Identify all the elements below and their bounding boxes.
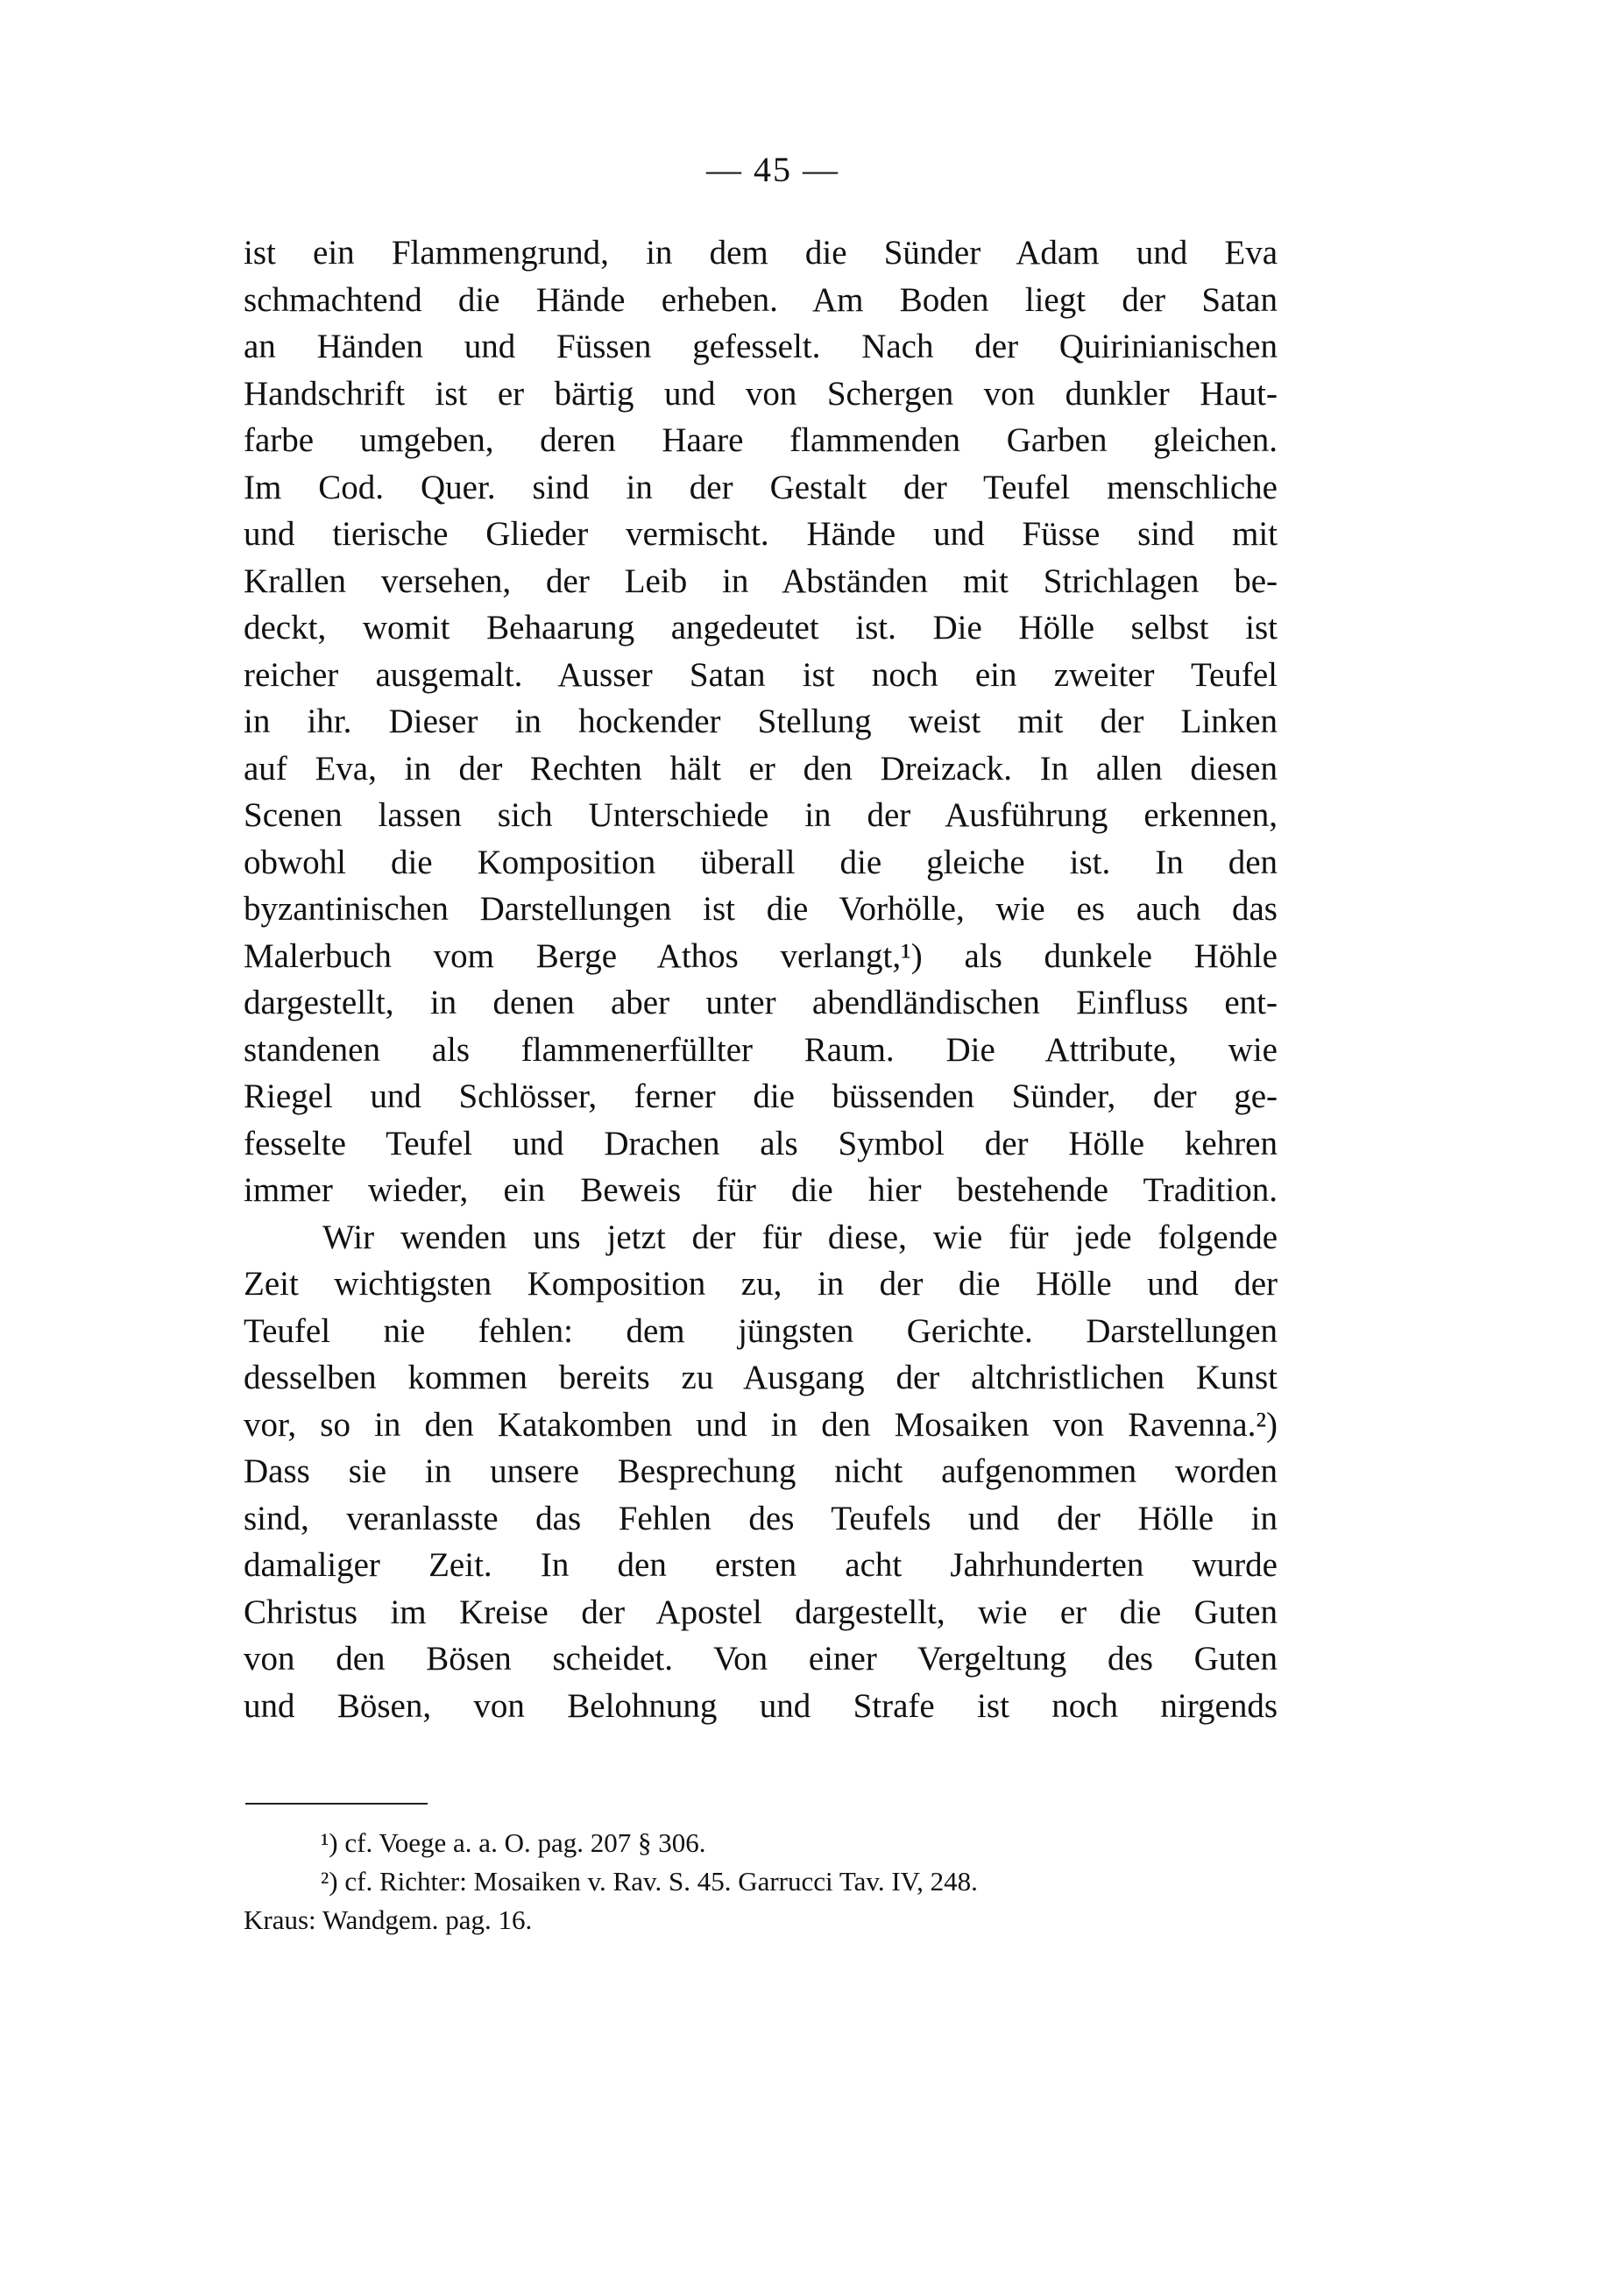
page-number: — 45 — — [0, 149, 1607, 190]
text-line: deckt, womit Behaarung angedeutet ist. D… — [244, 604, 1278, 652]
text-line: vor, so in den Katakomben und in den Mos… — [244, 1402, 1278, 1449]
paragraph-start-line: Wir wenden uns jetzt der für diese, wie … — [244, 1214, 1278, 1261]
text-line: Handschrift ist er bärtig und von Scherg… — [244, 371, 1278, 418]
text-line: sind, veranlasste das Fehlen des Teufels… — [244, 1495, 1278, 1543]
text-line: von den Bösen scheidet. Von einer Vergel… — [244, 1635, 1278, 1683]
footnote-1: ¹) cf. Voege a. a. O. pag. 207 § 306. — [244, 1824, 1286, 1862]
text-line: farbe umgeben, deren Haare flammenden Ga… — [244, 417, 1278, 464]
text-line: und tierische Glieder vermischt. Hände u… — [244, 511, 1278, 558]
footnote-2: ²) cf. Richter: Mosaiken v. Rav. S. 45. … — [244, 1862, 1286, 1901]
text-line: fesselte Teufel und Drachen als Symbol d… — [244, 1120, 1278, 1168]
footnote-divider — [245, 1803, 428, 1805]
text-line: standenen als flammenerfüllter Raum. Die… — [244, 1027, 1278, 1074]
footnotes: ¹) cf. Voege a. a. O. pag. 207 § 306. ²)… — [244, 1824, 1286, 1939]
text-line: Dass sie in unsere Besprechung nicht auf… — [244, 1448, 1278, 1495]
footnote-2-continued: Kraus: Wandgem. pag. 16. — [244, 1901, 1286, 1939]
text-line: ist ein Flammengrund, in dem die Sünder … — [244, 230, 1278, 277]
text-line: Scenen lassen sich Unterschiede in der A… — [244, 792, 1278, 839]
text-line: dargestellt, in denen aber unter abendlä… — [244, 979, 1278, 1027]
text-line: immer wieder, ein Beweis für die hier be… — [244, 1167, 1278, 1214]
text-line: Riegel und Schlösser, ferner die büssend… — [244, 1073, 1278, 1120]
text-line: damaliger Zeit. In den ersten acht Jahrh… — [244, 1542, 1278, 1589]
text-line: Im Cod. Quer. sind in der Gestalt der Te… — [244, 464, 1278, 512]
text-line: Teufel nie fehlen: dem jüngsten Gerichte… — [244, 1308, 1278, 1355]
text-line: an Händen und Füssen gefesselt. Nach der… — [244, 323, 1278, 371]
text-line: Krallen versehen, der Leib in Abständen … — [244, 558, 1278, 605]
text-line: reicher ausgemalt. Ausser Satan ist noch… — [244, 652, 1278, 699]
text-line: schmachtend die Hände erheben. Am Boden … — [244, 277, 1278, 324]
text-line: auf Eva, in der Rechten hält er den Drei… — [244, 745, 1278, 793]
text-line: Zeit wichtigsten Komposition zu, in der … — [244, 1261, 1278, 1308]
text-line: byzantinischen Darstellungen ist die Vor… — [244, 886, 1278, 933]
text-line: in ihr. Dieser in hockender Stellung wei… — [244, 698, 1278, 745]
text-line: Malerbuch vom Berge Athos verlangt,¹) al… — [244, 933, 1278, 980]
text-line: desselben kommen bereits zu Ausgang der … — [244, 1354, 1278, 1402]
text-line: obwohl die Komposition überall die gleic… — [244, 839, 1278, 887]
text-line: und Bösen, von Belohnung und Strafe ist … — [244, 1683, 1278, 1730]
text-line: Christus im Kreise der Apostel dargestel… — [244, 1589, 1278, 1636]
body-text: ist ein Flammengrund, in dem die Sünder … — [244, 230, 1278, 1729]
book-page: — 45 — ist ein Flammengrund, in dem die … — [0, 0, 1607, 2296]
